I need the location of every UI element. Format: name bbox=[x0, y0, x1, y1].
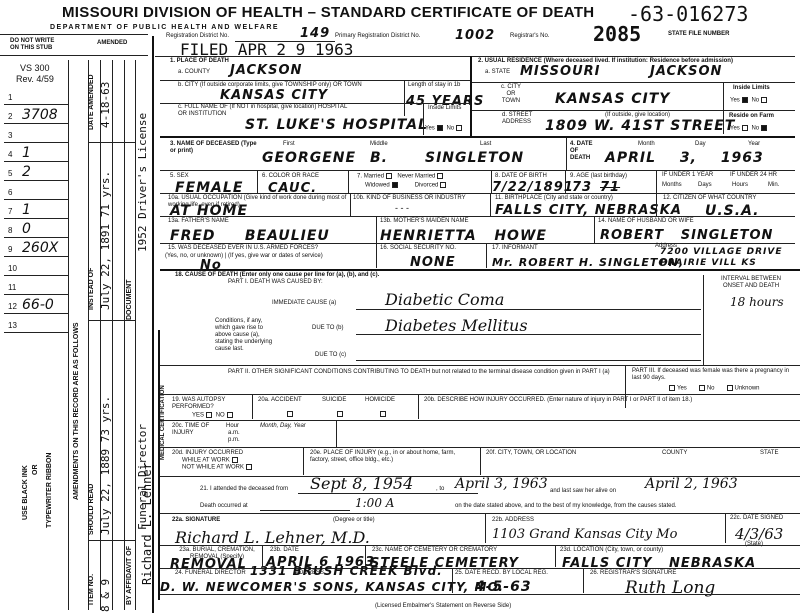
at-work-checkbox[interactable] bbox=[232, 457, 238, 463]
place-of-death-label: 1. PLACE OF DEATH bbox=[170, 58, 229, 65]
date-of-death: APRIL 3, 1963 bbox=[605, 150, 764, 166]
stub-row-value: 1 bbox=[22, 202, 31, 218]
certificate-title: MISSOURI DIVISION OF HEALTH – STANDARD C… bbox=[62, 4, 594, 21]
deceased-first-name: GEORGENE bbox=[262, 150, 356, 166]
autopsy-label: 19. WAS AUTOPSY PERFORMED? bbox=[172, 397, 242, 411]
month-label: Month bbox=[638, 141, 655, 148]
informant-label: 17. INFORMANT bbox=[492, 245, 538, 252]
marital-status[interactable]: 7. Married Never Married bbox=[357, 173, 445, 181]
residence-state-label: a. STATE bbox=[485, 69, 510, 76]
last-saw: April 2, 1963 bbox=[645, 476, 738, 492]
due-to-b: Diabetes Mellitus bbox=[385, 316, 528, 335]
interval-value: 18 hours bbox=[730, 295, 784, 309]
death-time: 1:00 A bbox=[355, 496, 394, 510]
middle-label: Middle bbox=[370, 141, 388, 148]
form-number: VS 300 bbox=[20, 63, 50, 73]
autopsy-no-checkbox[interactable] bbox=[227, 412, 233, 418]
stub-row-number: 8 bbox=[8, 226, 12, 235]
injury-occurred-label: 20d. INJURY OCCURRED bbox=[172, 450, 243, 457]
embalmer-note: (Licensed Embalmer's Statement on Revers… bbox=[375, 603, 511, 610]
document-label: DOCUMENT bbox=[126, 280, 133, 320]
marital-status-2[interactable]: Widowed Divorced bbox=[365, 182, 448, 190]
instead-of-label: INSTEAD OF bbox=[88, 268, 95, 310]
married-checkbox[interactable] bbox=[386, 173, 392, 179]
injury-county-label: COUNTY bbox=[662, 450, 687, 457]
not-while-at-work[interactable]: NOT WHILE AT WORK bbox=[182, 464, 254, 472]
address-label: 22b. ADDRESS bbox=[492, 517, 534, 524]
under-24-hr-label: IF UNDER 24 HR bbox=[730, 172, 777, 179]
business-value: - - - bbox=[395, 203, 409, 213]
cause-label: 18. CAUSE OF DEATH (Enter only one cause… bbox=[175, 272, 379, 279]
stub-row-number: 9 bbox=[8, 245, 12, 254]
ssn-label: 16. SOCIAL SECURITY NO. bbox=[380, 245, 456, 252]
pregnancy-no-checkbox[interactable] bbox=[699, 385, 705, 391]
funeral-director-label: 24. FUNERAL DIRECTOR bbox=[175, 570, 246, 577]
stub-row-number: 5 bbox=[8, 169, 12, 178]
registrar-label: 26. REGISTRAR'S SIGNATURE bbox=[590, 570, 676, 577]
spouse-label: 14. NAME OF HUSBAND OR WIFE bbox=[598, 218, 694, 225]
street-address: 1809 W. 41ST STREET bbox=[545, 118, 735, 134]
stub-row-value: 260X bbox=[22, 240, 58, 256]
stub-row-number: 4 bbox=[8, 150, 12, 159]
residence-county: JACKSON bbox=[650, 64, 722, 79]
day-label: Day bbox=[695, 141, 706, 148]
state-file-number: -63-016273 bbox=[628, 2, 748, 26]
reside-on-farm[interactable]: Yes No bbox=[730, 125, 769, 133]
stub-row-number: 6 bbox=[8, 188, 12, 197]
inside-limits-no-checkbox[interactable] bbox=[456, 125, 462, 131]
department-name: DEPARTMENT OF PUBLIC HEALTH AND WELFARE bbox=[50, 24, 279, 31]
street-label: d. STREET ADDRESS bbox=[502, 112, 542, 126]
recd-date: 4-5-63 bbox=[475, 579, 532, 595]
death-inside-limits[interactable]: Yes No bbox=[425, 125, 464, 133]
farm-label: Reside on Farm bbox=[729, 113, 774, 120]
autopsy-options[interactable]: YES NO bbox=[192, 412, 235, 420]
business-label: 10b. KIND OF BUSINESS OR INDUSTRY bbox=[353, 195, 466, 202]
stub-row-value: 2 bbox=[22, 164, 31, 180]
injury-city-label: 20f. CITY, TOWN, OR LOCATION bbox=[486, 450, 576, 457]
death-city: KANSAS CITY bbox=[220, 88, 328, 103]
location-label: 23d. LOCATION (City, town, or county) bbox=[560, 547, 663, 554]
stub-do-not-write: DO NOT WRITE ON THIS STUB bbox=[10, 38, 60, 52]
immediate-cause-label: IMMEDIATE CAUSE (a) bbox=[272, 300, 336, 307]
stub-row-value: 3708 bbox=[22, 107, 58, 123]
father-label: 13a. FATHER'S NAME bbox=[168, 218, 229, 225]
hour-label: Hour bbox=[226, 423, 239, 430]
to-label: , to bbox=[436, 486, 444, 493]
describe-injury-label: 20b. DESCRIBE HOW INJURY OCCURRED. (Ente… bbox=[424, 397, 692, 404]
min-label: Min. bbox=[768, 182, 779, 189]
dob-label: 8. DATE OF BIRTH bbox=[495, 173, 547, 180]
hours-label: Hours bbox=[732, 182, 748, 189]
mdy-label: Month, Day, Year bbox=[260, 423, 306, 430]
last-label: Last bbox=[480, 141, 491, 148]
last-saw-label: and last saw her alive on bbox=[550, 488, 616, 495]
res-inside-yes-checkbox[interactable] bbox=[742, 97, 748, 103]
ink-note-or: OR bbox=[32, 465, 39, 476]
affidavit-label: BY AFFIDAVIT OF bbox=[126, 546, 133, 605]
should-read-label: SHOULD READ bbox=[88, 484, 95, 535]
deceased-middle-name: B. bbox=[370, 150, 388, 166]
state-file-number-label: STATE FILE NUMBER bbox=[668, 31, 729, 38]
due-to-c-label: DUE TO (c) bbox=[315, 352, 346, 359]
part1-label: PART I. DEATH WAS CAUSED BY: bbox=[228, 279, 323, 286]
first-label: First bbox=[283, 141, 295, 148]
ssn-value: NONE bbox=[410, 255, 456, 270]
armed-forces-sub: (Yes, no, or unknown) | (If yes, give wa… bbox=[165, 253, 323, 260]
institution-label: c. FULL NAME OF (If NOT in hospital, giv… bbox=[178, 104, 348, 118]
stub-row-number: 10 bbox=[8, 264, 17, 273]
am-label: a.m. bbox=[228, 430, 240, 437]
stub-row-number: 2 bbox=[8, 112, 12, 121]
suicide-label: SUICIDE bbox=[322, 397, 346, 404]
age-label: 9. AGE (last birthday) bbox=[570, 173, 627, 180]
pregnancy-yes-checkbox[interactable] bbox=[669, 385, 675, 391]
attended-to: April 3, 1963 bbox=[455, 476, 548, 492]
physician-address: 1103 Grand Kansas City Mo bbox=[492, 527, 677, 542]
date-signed-label: 22c. DATE SIGNED bbox=[730, 515, 783, 522]
stub-row-number: 1 bbox=[8, 93, 12, 102]
instead-of-value: July 22, 1891 71 yrs. bbox=[99, 171, 112, 310]
res-inside-no-checkbox[interactable] bbox=[761, 97, 767, 103]
registrar-signature: Ruth Long bbox=[625, 578, 715, 598]
pregnancy-unknown-checkbox[interactable] bbox=[727, 385, 733, 391]
mother-label: 13b. MOTHER'S MAIDEN NAME bbox=[380, 218, 469, 225]
registrars-no-value: 2085 bbox=[593, 22, 641, 46]
residence-inside-limits-label: Inside Limits bbox=[733, 85, 770, 92]
birthplace-label: 11. BIRTHPLACE (City and state or countr… bbox=[495, 195, 613, 202]
place-of-injury-label: 20e. PLACE OF INJURY (e.g., in or about … bbox=[310, 450, 465, 464]
pregnancy-options[interactable]: Yes No Unknown bbox=[667, 385, 760, 393]
institution-name: ST. LUKE'S HOSPITAL bbox=[245, 117, 428, 133]
signature-label: 22a. SIGNATURE bbox=[172, 517, 220, 524]
immediate-cause: Diabetic Coma bbox=[385, 290, 504, 309]
funeral-address: 1331 BRUSH CREEK Blvd. bbox=[250, 564, 443, 578]
year-label: Year bbox=[748, 141, 760, 148]
inside-limits-label: Inside Limits bbox=[428, 105, 461, 112]
not-at-work-checkbox[interactable] bbox=[246, 464, 252, 470]
medical-cert-signer: Richard L. Lehner bbox=[140, 462, 154, 585]
stub-row-number: 11 bbox=[8, 283, 16, 292]
accident-label: 20a. ACCIDENT bbox=[258, 397, 302, 404]
attended-from: Sept 8, 1954 bbox=[310, 474, 413, 493]
homicide-label: HOMICIDE bbox=[365, 397, 395, 404]
should-read-value: July 22, 1889 73 yrs. bbox=[99, 396, 112, 535]
injury-state-label: STATE bbox=[760, 450, 778, 457]
stub-row-number: 13 bbox=[8, 321, 17, 330]
primary-registration-label: Primary Registration District No. bbox=[335, 33, 420, 40]
stay-label: Length of stay in 1b bbox=[408, 82, 460, 89]
never-married-checkbox[interactable] bbox=[437, 173, 443, 179]
amendments-heading: AMENDMENTS ON THIS RECORD ARE AS FOLLOWS bbox=[73, 322, 80, 500]
item-no-value: 8 & 9 bbox=[99, 579, 112, 612]
stub-row-value: 66-0 bbox=[22, 297, 54, 313]
months-label: Months bbox=[662, 182, 682, 189]
attended-label: 21. I attended the deceased from bbox=[200, 486, 288, 493]
farm-yes-checkbox[interactable] bbox=[742, 125, 748, 131]
stub-row-number: 3 bbox=[8, 131, 12, 140]
father-name: FRED BEAULIEU bbox=[170, 228, 330, 244]
ink-note: USE BLACK INK bbox=[22, 465, 29, 520]
registrars-no-label: Registrar's No. bbox=[510, 33, 550, 40]
conditions-note: Conditions, if any, which gave rise to a… bbox=[215, 318, 277, 353]
deceased-last-name: SINGLETON bbox=[425, 150, 524, 166]
divorced-checkbox[interactable] bbox=[440, 182, 446, 188]
widowed-checkbox[interactable] bbox=[392, 182, 398, 188]
mother-maiden-name: HENRIETTA HOWE bbox=[380, 228, 547, 244]
farm-no-checkbox[interactable] bbox=[761, 125, 767, 131]
citizen-label: 12. CITIZEN OF WHAT COUNTRY bbox=[663, 195, 756, 202]
cemetery-label: 23c. NAME OF CEMETERY OR CREMATORY bbox=[372, 547, 497, 554]
date-of-death-label: 4. DATE OF DEATH bbox=[570, 141, 598, 162]
primary-registration-value: 1002 bbox=[455, 28, 495, 43]
death-at-label: Death occurred at bbox=[200, 503, 248, 510]
residence-city: KANSAS CITY bbox=[555, 91, 670, 107]
days-label: Days bbox=[698, 182, 712, 189]
informant-address: 7200 VILLAGE DRIVE PRAIRIE VILL KS bbox=[660, 247, 800, 269]
document-value: 1952 Driver's License bbox=[136, 113, 149, 252]
sex-label: 5. SEX bbox=[170, 173, 189, 180]
medical-cert-label: MEDICAL CERTIFICATION bbox=[160, 385, 166, 460]
burial-date-label: 23b. DATE bbox=[270, 547, 299, 554]
autopsy-yes-checkbox[interactable] bbox=[206, 412, 212, 418]
spouse-name: ROBERT SINGLETON bbox=[600, 228, 773, 243]
part3-label: PART III. If deceased was female was the… bbox=[632, 368, 797, 382]
inside-limits-yes-checkbox[interactable] bbox=[437, 125, 443, 131]
item-no-label: ITEM NO. bbox=[88, 574, 95, 605]
date-amended-label: DATE AMENDED bbox=[88, 74, 95, 130]
under-1-year-label: IF UNDER 1 YEAR bbox=[662, 172, 713, 179]
county-label: a. COUNTY bbox=[178, 69, 210, 76]
part2-label: PART II. OTHER SIGNIFICANT CONDITIONS CO… bbox=[228, 369, 628, 376]
date-amended-value: 4-18-63 bbox=[99, 82, 112, 128]
armed-forces-label: 15. WAS DECEASED EVER IN U.S. ARMED FORC… bbox=[168, 245, 318, 252]
residence-state: MISSOURI bbox=[520, 64, 601, 79]
race-label: 6. COLOR OR RACE bbox=[262, 173, 319, 180]
due-to-b-label: DUE TO (b) bbox=[312, 325, 343, 332]
stub-amended: AMENDED bbox=[97, 40, 127, 47]
stub-row-value: 0 bbox=[22, 221, 31, 237]
death-at-tail: on the date stated above, and to the bes… bbox=[455, 503, 676, 510]
death-county: JACKSON bbox=[230, 63, 302, 78]
stub-row-number: 7 bbox=[8, 207, 12, 216]
time-of-injury-label: 20c. TIME OF INJURY bbox=[172, 423, 217, 437]
residence-inside-limits[interactable]: Yes No bbox=[730, 97, 769, 105]
ink-note-ribbon: TYPEWRITER RIBBON bbox=[46, 453, 53, 528]
recd-label: 25. DATE RECD. BY LOCAL REG. bbox=[455, 570, 548, 577]
name-label: 3. NAME OF DECEASED (Type or print) bbox=[170, 141, 260, 155]
residence-city-label: c. CITY OR TOWN bbox=[497, 84, 525, 105]
registration-district-value: 149 bbox=[300, 26, 330, 41]
stub-row-value: 1 bbox=[22, 145, 31, 161]
informant-name: Mr. ROBERT H. SINGLETON, bbox=[492, 256, 684, 269]
form-revision: Rev. 4/59 bbox=[16, 74, 54, 84]
interval-label: INTERVAL BETWEEN ONSET AND DEATH bbox=[715, 276, 787, 290]
registration-district-label: Registration District No. bbox=[166, 33, 229, 40]
pm-label: p.m. bbox=[228, 437, 240, 444]
stub-row-number: 12 bbox=[8, 302, 17, 311]
degree-label: (Degree or title) bbox=[333, 517, 375, 524]
